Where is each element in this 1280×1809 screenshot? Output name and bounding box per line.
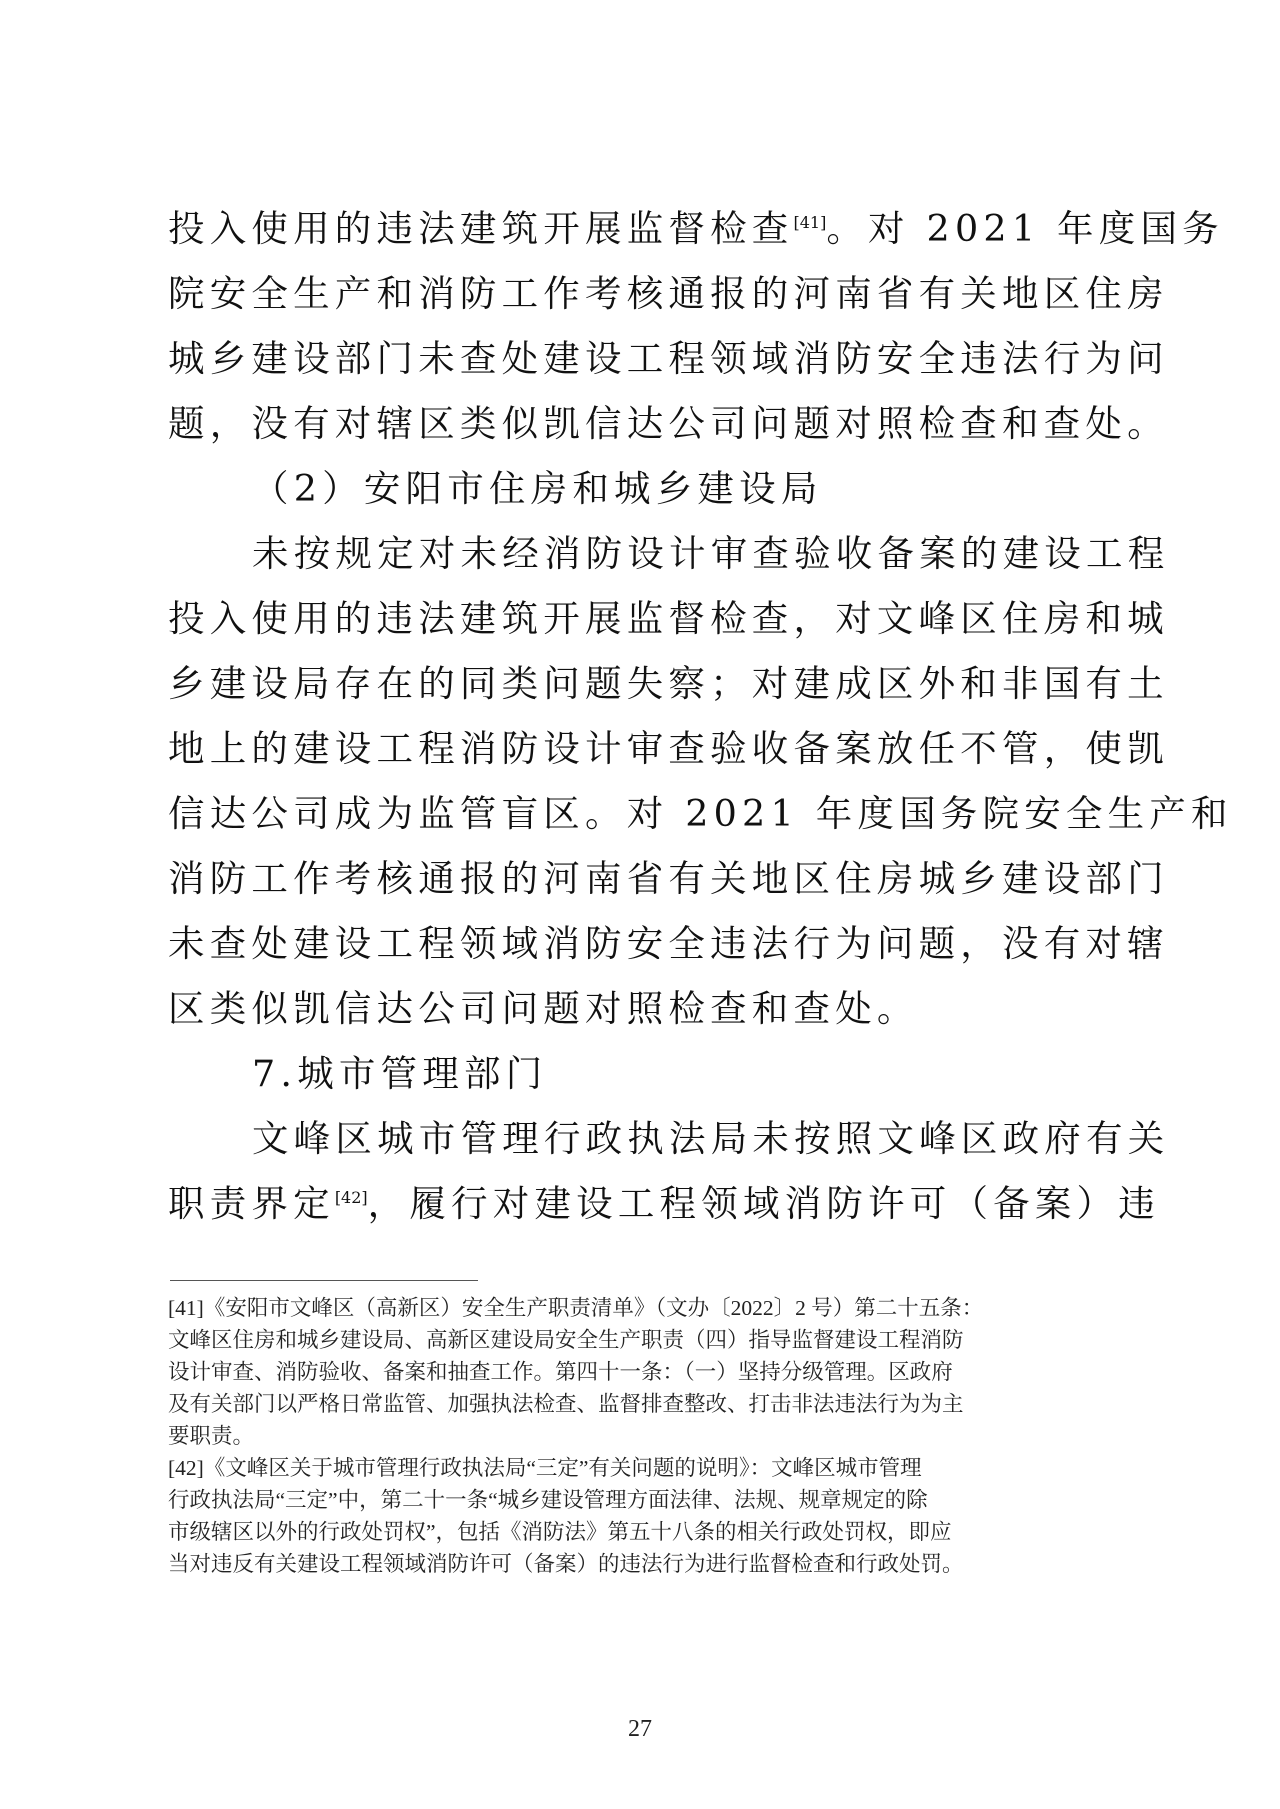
page-number: 27 xyxy=(0,1716,1280,1743)
footnote-line: 市级辖区以外的行政处罚权”，包括《消防法》第五十八条的相关行政处罚权，即应 xyxy=(168,1516,978,1548)
body-line: 未查处建设工程领域消防安全违法行为问题，没有对辖 xyxy=(168,911,978,976)
footnote-line: 文峰区住房和城乡建设局、高新区建设局安全生产职责（四）指导监督建设工程消防 xyxy=(168,1324,978,1356)
footnote-41: [41]《安阳市文峰区（高新区）安全生产职责清单》（文办〔2022〕2 号）第二… xyxy=(168,1292,978,1452)
body-line: 乡建设局存在的同类问题失察；对建成区外和非国有土 xyxy=(168,651,978,716)
body-line: 投入使用的违法建筑开展监督检查，对文峰区住房和城 xyxy=(168,586,978,651)
body-text: 投入使用的违法建筑开展监督检查[41]。对 2021 年度国务 院安全生产和消防… xyxy=(168,196,978,1236)
footnote-ref-42[interactable]: [42] xyxy=(335,1188,368,1207)
body-line: 文峰区城市管理行政执法局未按照文峰区政府有关 xyxy=(168,1106,978,1171)
footnote-line: 及有关部门以严格日常监管、加强执法检查、监督排查整改、打击非法违法行为为主 xyxy=(168,1388,978,1420)
footnote-ref-41[interactable]: [41] xyxy=(794,213,827,232)
body-line: 信达公司成为监管盲区。对 2021 年度国务院安全生产和 xyxy=(168,781,978,846)
body-line-text: ，履行对建设工程领域消防许可（备案）违 xyxy=(368,1182,1160,1225)
section-heading: （2）安阳市住房和城乡建设局 xyxy=(168,456,978,521)
body-line: 职责界定[42]，履行对建设工程领域消防许可（备案）违 xyxy=(168,1171,978,1236)
body-line: 区类似凯信达公司问题对照检查和查处。 xyxy=(168,976,978,1041)
footnote-42: [42]《文峰区关于城市管理行政执法局“三定”有关问题的说明》：文峰区城市管理 … xyxy=(168,1452,978,1580)
footnote-line: [41]《安阳市文峰区（高新区）安全生产职责清单》（文办〔2022〕2 号）第二… xyxy=(168,1292,978,1324)
footnotes: [41]《安阳市文峰区（高新区）安全生产职责清单》（文办〔2022〕2 号）第二… xyxy=(168,1292,978,1580)
footnote-line: 设计审查、消防验收、备案和抽查工作。第四十一条：（一）坚持分级管理。区政府 xyxy=(168,1356,978,1388)
body-line: 未按规定对未经消防设计审查验收备案的建设工程 xyxy=(168,521,978,586)
section-heading: 7.城市管理部门 xyxy=(168,1041,978,1106)
body-line: 投入使用的违法建筑开展监督检查[41]。对 2021 年度国务 xyxy=(168,196,978,261)
body-line-text: 投入使用的违法建筑开展监督检查 xyxy=(168,207,794,250)
footnote-line: 当对违反有关建设工程领域消防许可（备案）的违法行为进行监督检查和行政处罚。 xyxy=(168,1548,978,1580)
footnote-line: 行政执法局“三定”中，第二十一条“城乡建设管理方面法律、法规、规章规定的除 xyxy=(168,1484,978,1516)
body-line: 题，没有对辖区类似凯信达公司问题对照检查和查处。 xyxy=(168,391,978,456)
document-page: 投入使用的违法建筑开展监督检查[41]。对 2021 年度国务 院安全生产和消防… xyxy=(0,0,1280,1809)
footnote-line: 要职责。 xyxy=(168,1420,978,1452)
footnote-line: [42]《文峰区关于城市管理行政执法局“三定”有关问题的说明》：文峰区城市管理 xyxy=(168,1452,978,1484)
body-line: 院安全生产和消防工作考核通报的河南省有关地区住房 xyxy=(168,261,978,326)
body-line: 城乡建设部门未查处建设工程领域消防安全违法行为问 xyxy=(168,326,978,391)
footnote-separator xyxy=(170,1280,478,1281)
body-line: 地上的建设工程消防设计审查验收备案放任不管，使凯 xyxy=(168,716,978,781)
body-line: 消防工作考核通报的河南省有关地区住房城乡建设部门 xyxy=(168,846,978,911)
body-line-text: 。对 2021 年度国务 xyxy=(826,207,1224,250)
body-line-text: 职责界定 xyxy=(168,1182,335,1225)
